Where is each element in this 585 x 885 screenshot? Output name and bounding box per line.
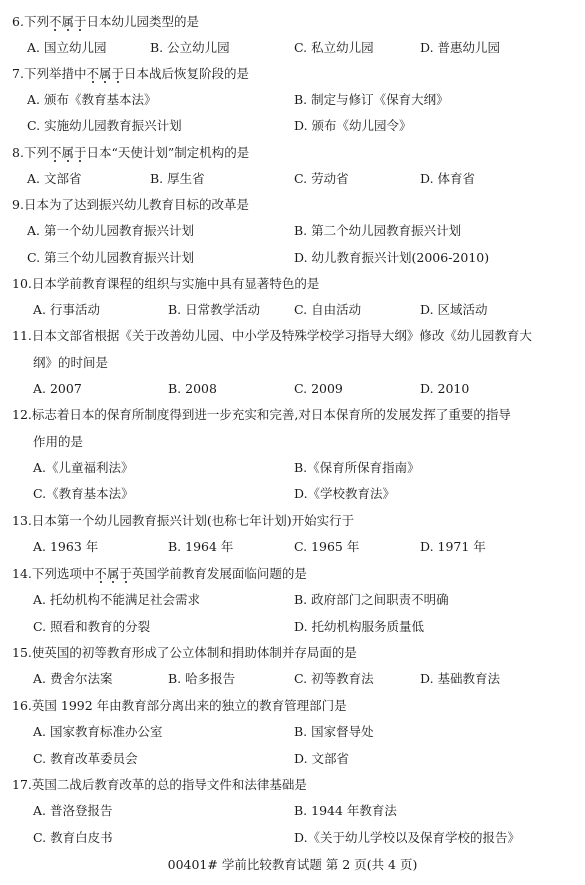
option-c[interactable]: C. 第三个幼儿园教育振兴计划 [27,250,194,266]
option-b[interactable]: B. 国家督导处 [294,724,374,740]
option-a[interactable]: A. 费舍尔法案 [33,671,112,687]
question-text: 下列 [24,14,49,29]
question-text: 标志着日本的保育所制度得到进一步充实和完善,对日本保育所的发展发挥了重要的指导 [32,407,511,422]
option-a[interactable]: A. 国家教育标准办公室 [33,724,162,740]
emphasis-label: 不属于 [49,145,87,160]
emphasis-dots [94,581,132,585]
question-number: 16. [12,698,32,713]
question-text: 日本幼儿园类型的是 [86,14,199,29]
question-number: 17. [12,777,32,792]
emphasis-text: 不属于 [94,566,132,581]
option-a[interactable]: A. 普洛登报告 [33,803,112,819]
emphasis-dots [49,29,87,33]
option-b[interactable]: B. 公立幼儿园 [150,40,230,56]
question-number: 14. [12,566,32,581]
option-a[interactable]: A. 1963 年 [33,539,98,555]
option-b[interactable]: B. 政府部门之间职责不明确 [294,592,449,608]
option-a[interactable]: A. 颁布《教育基本法》 [27,92,156,108]
option-d[interactable]: D. 体育省 [420,171,475,187]
question-text: 日本战后恢复阶段的是 [124,66,249,81]
emphasis-text: 不属于 [49,14,87,29]
option-b[interactable]: B. 1964 年 [168,539,233,555]
option-c[interactable]: C. 私立幼儿园 [294,40,374,56]
question-number: 9. [12,197,24,212]
emphasis-label: 不属于 [94,566,132,581]
option-c[interactable]: C. 照看和教育的分裂 [33,619,150,635]
option-c[interactable]: C. 2009 [294,381,343,397]
option-b[interactable]: B. 哈多报告 [168,671,235,687]
option-b[interactable]: B. 第二个幼儿园教育振兴计划 [294,223,461,239]
question-text: 下列 [24,145,49,160]
emphasis-label: 不属于 [49,14,87,29]
question-10: 10.日本学前教育课程的组织与实施中具有显著特色的是 [12,276,319,292]
option-d[interactable]: D. 颁布《幼儿园令》 [294,118,412,134]
option-b[interactable]: B. 2008 [168,381,217,397]
question-text: 日本第一个幼儿园教育振兴计划(也称七年计划)开始实行于 [32,513,354,528]
emphasis-label: 不属于 [86,66,124,81]
option-d[interactable]: D. 1971 年 [420,539,486,555]
question-8: 8.下列不属于日本“天使计划”制定机构的是 [12,145,249,161]
question-text: 下列选项中 [32,566,95,581]
question-number: 8. [12,145,24,160]
question-text: 日本学前教育课程的组织与实施中具有显著特色的是 [32,276,320,291]
question-text: 日本为了达到振兴幼儿教育目标的改革是 [24,197,249,212]
option-b[interactable]: B.《保育所保育指南》 [294,460,420,476]
question-number: 10. [12,276,32,291]
option-b[interactable]: B. 制定与修订《保育大纲》 [294,92,449,108]
option-c[interactable]: C.《教育基本法》 [33,486,134,502]
option-a[interactable]: A. 国立幼儿园 [27,40,106,56]
option-d[interactable]: D. 普惠幼儿园 [420,40,500,56]
question-number: 15. [12,645,32,660]
question-13: 13.日本第一个幼儿园教育振兴计划(也称七年计划)开始实行于 [12,513,354,529]
question-7: 7.下列举措中不属于日本战后恢复阶段的是 [12,66,249,82]
question-number: 12. [12,407,32,422]
emphasis-text: 不属于 [49,145,87,160]
option-d[interactable]: D. 托幼机构服务质量低 [294,619,424,635]
option-a[interactable]: A.《儿童福利法》 [33,460,134,476]
question-text-continued: 作用的是 [33,434,83,450]
option-c[interactable]: C. 实施幼儿园教育振兴计划 [27,118,182,134]
option-c[interactable]: C. 劳动省 [294,171,349,187]
question-text: 英国学前教育发展面临问题的是 [132,566,307,581]
question-16: 16.英国 1992 年由教育部分离出来的独立的教育管理部门是 [12,698,347,714]
option-c[interactable]: C. 自由活动 [294,302,361,318]
option-d[interactable]: D. 区域活动 [420,302,488,318]
option-d[interactable]: D. 幼儿教育振兴计划(2006-2010) [294,250,489,266]
emphasis-text: 不属于 [86,66,124,81]
question-6: 6.下列不属于日本幼儿园类型的是 [12,14,199,30]
question-12: 12.标志着日本的保育所制度得到进一步充实和完善,对日本保育所的发展发挥了重要的… [12,407,511,423]
question-number: 7. [12,66,24,81]
option-c[interactable]: C. 初等教育法 [294,671,374,687]
option-a[interactable]: A. 行事活动 [33,302,100,318]
option-b[interactable]: B. 厚生省 [150,171,205,187]
option-a[interactable]: A. 2007 [33,381,82,397]
question-text: 下列举措中 [24,66,87,81]
question-text: 日本文部省根据《关于改善幼儿园、中小学及特殊学校学习指导大纲》修改《幼儿园教育大 [32,328,532,343]
question-number: 13. [12,513,32,528]
emphasis-dots [86,81,124,85]
option-b[interactable]: B. 1944 年教育法 [294,803,397,819]
option-c[interactable]: C. 教育白皮书 [33,830,113,846]
option-c[interactable]: C. 1965 年 [294,539,359,555]
emphasis-dots [49,160,87,164]
option-a[interactable]: A. 托幼机构不能满足社会需求 [33,592,200,608]
option-c[interactable]: C. 教育改革委员会 [33,751,138,767]
question-text: 英国二战后教育改革的总的指导文件和法律基础是 [32,777,307,792]
question-17: 17.英国二战后教育改革的总的指导文件和法律基础是 [12,777,307,793]
option-a[interactable]: A. 第一个幼儿园教育振兴计划 [27,223,194,239]
option-d[interactable]: D. 2010 [420,381,469,397]
option-b[interactable]: B. 日常教学活动 [168,302,260,318]
page-footer: 00401# 学前比较教育试题 第 2 页(共 4 页) [0,857,585,873]
question-number: 11. [12,328,32,343]
question-11: 11.日本文部省根据《关于改善幼儿园、中小学及特殊学校学习指导大纲》修改《幼儿园… [12,328,532,344]
question-text: 日本“天使计划”制定机构的是 [86,145,249,160]
option-d[interactable]: D. 文部省 [294,751,349,767]
option-d[interactable]: D.《关于幼儿学校以及保育学校的报告》 [294,830,520,846]
option-d[interactable]: D. 基础教育法 [420,671,500,687]
option-a[interactable]: A. 文部省 [27,171,81,187]
question-text: 使英国的初等教育形成了公立体制和捐助体制并存局面的是 [32,645,357,660]
exam-page: 6.下列不属于日本幼儿园类型的是 A. 国立幼儿园 B. 公立幼儿园 C. 私立… [0,0,585,885]
question-15: 15.使英国的初等教育形成了公立体制和捐助体制并存局面的是 [12,645,357,661]
question-text: 英国 1992 年由教育部分离出来的独立的教育管理部门是 [32,698,347,713]
option-d[interactable]: D.《学校教育法》 [294,486,395,502]
question-9: 9.日本为了达到振兴幼儿教育目标的改革是 [12,197,249,213]
question-number: 6. [12,14,24,29]
question-14: 14.下列选项中不属于英国学前教育发展面临问题的是 [12,566,307,582]
question-text-continued: 纲》的时间是 [33,355,108,371]
